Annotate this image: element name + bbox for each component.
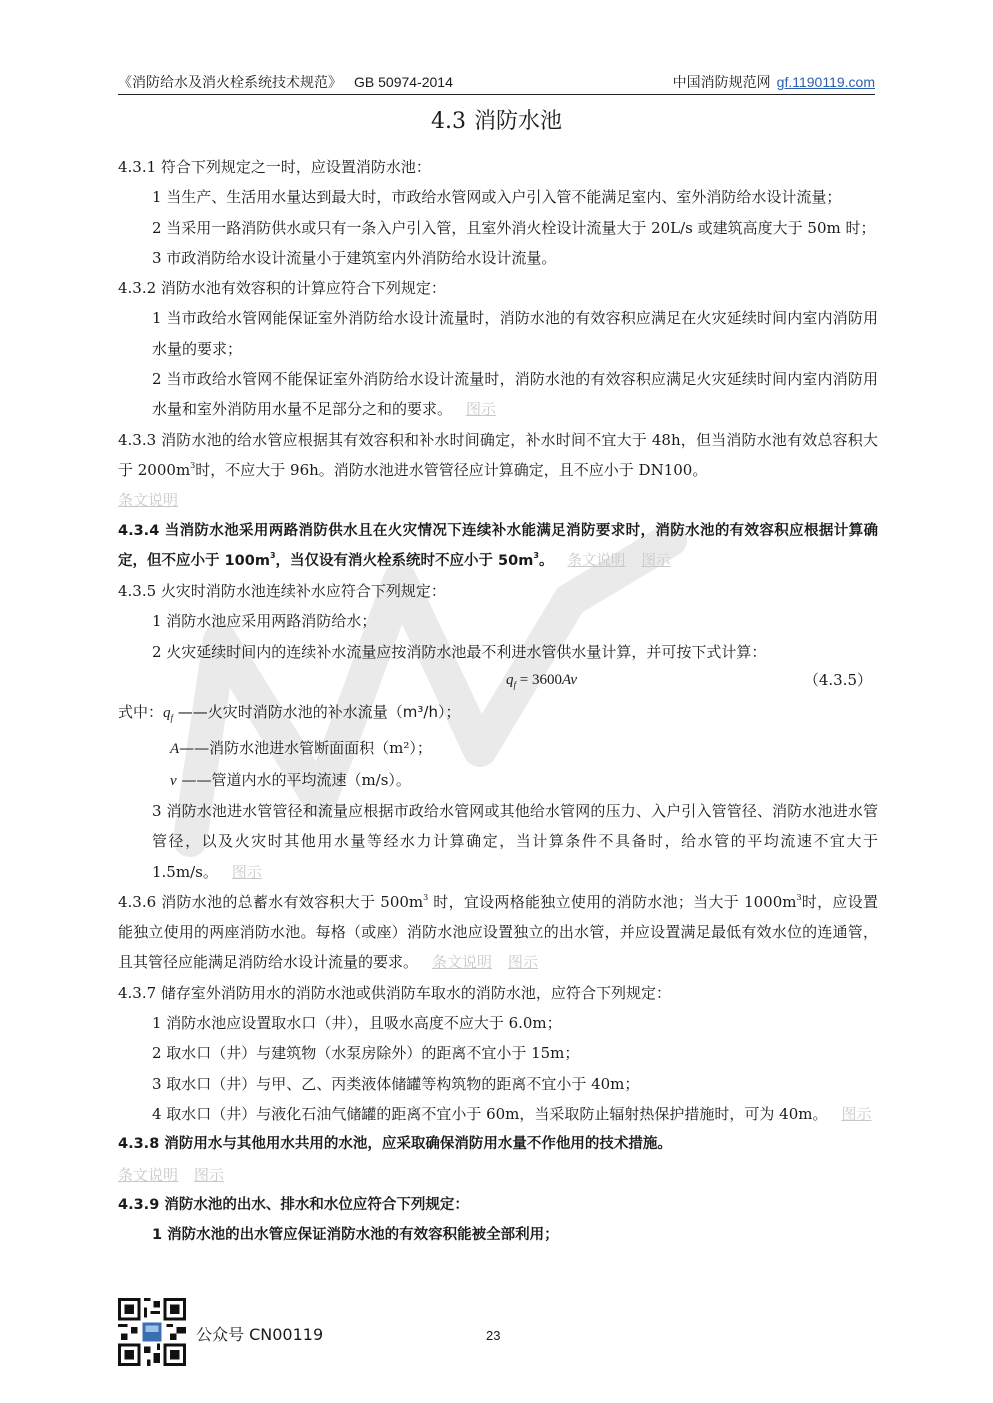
figure-link[interactable]: 图示 [841,1105,871,1123]
page-footer: 公众号 CN00119 23 [118,1298,878,1368]
clause-4-3-7-item-4-text: 4 取水口（井）与液化石油气储罐的距离不宜小于 60m，当采取防止辐射热保护措施… [152,1105,827,1123]
where-label: 式中： [118,703,163,721]
clause-4-3-2-item-1: 1 当市政给水管网能保证室外消防给水设计流量时，消防水池的有效容积应满足在火灾延… [118,303,878,364]
clause-4-3-1-item-1: 1 当生产、生活用水量达到最大时，市政给水管网或入户引入管不能满足室内、室外消防… [118,182,878,212]
header-doc-info: 《消防给水及消火栓系统技术规范》GB 50974-2014 [118,72,453,92]
figure-link[interactable]: 图示 [232,863,262,881]
document-body: 4.3.1 符合下列规定之一时，应设置消防水池： 1 当生产、生活用水量达到最大… [118,152,878,1250]
clause-4-3-1-item-3: 3 市政消防给水设计流量小于建筑室内外消防给水设计流量。 [118,243,878,273]
explanation-link[interactable]: 条文说明 [567,553,625,569]
definition-a: A——消防水池进水管断面面积（m²）； [118,733,878,764]
figure-link[interactable]: 图示 [194,1166,224,1184]
account-label: 公众号 CN00119 [196,1322,323,1345]
doc-title: 《消防给水及消火栓系统技术规范》 [118,75,342,91]
formula-vars: Av [562,672,577,688]
clause-4-3-5-item-1: 1 消防水池应采用两路消防给水； [118,606,878,636]
clause-4-3-4-text-b: ，当仅设有消火栓系统时不应小于 50m [276,553,534,569]
clause-4-3-7-item-4: 4 取水口（井）与液化石油气储罐的距离不宜小于 60m，当采取防止辐射热保护措施… [118,1099,878,1129]
clause-4-3-6: 4.3.6 消防水池的总蓄水有效容积大于 500m3 时，宜设两格能独立使用的消… [118,887,878,978]
definition-text: ——火灾时消防水池的补水流量（m³/h）； [173,703,460,721]
formula-rhs: = 3600 [516,672,562,688]
clause-4-3-9-item-1: 1 消防水池的出水管应保证消防水池的有效容积能被全部利用； [118,1220,878,1250]
formula-expression: qf = 3600Av [506,665,577,700]
clause-4-3-2-item-2-text: 2 当市政给水管网不能保证室外消防给水设计流量时，消防水池的有效容积应满足火灾延… [152,370,878,418]
section-number: 4.3 [431,109,466,134]
page-number: 23 [486,1328,500,1343]
definition-q-f: 式中：qf ——火灾时消防水池的补水流量（m³/h）； [118,697,878,733]
symbol: q [163,705,171,721]
clause-4-3-2-lead: 4.3.2 消防水池有效容积的计算应符合下列规定： [118,273,878,303]
section-title: 4.3消防水池 [0,104,993,135]
page-header: 《消防给水及消火栓系统技术规范》GB 50974-2014 中国消防规范网gf.… [118,72,875,95]
clause-4-3-4-text-c: 。 [539,553,554,569]
section-title-text: 消防水池 [474,109,562,134]
clause-4-3-7-item-2: 2 取水口（井）与建筑物（水泵房除外）的距离不宜小于 15m； [118,1038,878,1068]
clause-4-3-8-links: 条文说明图示 [118,1160,878,1190]
clause-4-3-9-lead: 4.3.9 消防水池的出水、排水和水位应符合下列规定： [118,1190,878,1220]
clause-4-3-5-lead: 4.3.5 火灾时消防水池连续补水应符合下列规定： [118,576,878,606]
clause-4-3-6-text-b: 时，宜设两格能独立使用的消防水池；当大于 1000m [428,893,796,911]
clause-4-3-3-text-b: 时，不应大于 96h。消防水池进水管管径应计算确定，且不应小于 DN100。 [195,461,707,479]
qr-code-icon[interactable] [118,1298,186,1366]
clause-4-3-7-lead: 4.3.7 储存室外消防用水的消防水池或供消防车取水的消防水池，应符合下列规定： [118,978,878,1008]
formula-number: （4.3.5） [804,665,872,695]
formula-lhs: q [506,672,514,688]
clause-4-3-7-item-1: 1 消防水池应设置取水口（井），且吸水高度不应大于 6.0m； [118,1008,878,1038]
clause-4-3-4: 4.3.4 当消防水池采用两路消防供水且在火灾情况下连续补水能满足消防要求时，消… [118,516,878,577]
formula-definitions: 式中：qf ——火灾时消防水池的补水流量（m³/h）； A——消防水池进水管断面… [118,697,878,796]
clause-4-3-5-item-2: 2 火灾延续时间内的连续补水流量应按消防水池最不利进水管供水量计算，并可按下式计… [118,637,878,667]
clause-4-3-3-links: 条文说明 [118,485,878,515]
explanation-link[interactable]: 条文说明 [118,1166,178,1184]
figure-link[interactable]: 图示 [466,400,496,418]
clause-4-3-1-lead: 4.3.1 符合下列规定之一时，应设置消防水池： [118,152,878,182]
site-url-link[interactable]: gf.1190119.com [777,74,875,90]
figure-link[interactable]: 图示 [508,953,538,971]
clause-4-3-7-item-3: 3 取水口（井）与甲、乙、丙类液体储罐等构筑物的距离不宜小于 40m； [118,1069,878,1099]
definition-text: ——消防水池进水管断面面积（m²）； [179,739,432,757]
explanation-link[interactable]: 条文说明 [432,953,492,971]
clause-4-3-2-item-2: 2 当市政给水管网不能保证室外消防给水设计流量时，消防水池的有效容积应满足火灾延… [118,364,878,425]
clause-4-3-6-text-a: 4.3.6 消防水池的总蓄水有效容积大于 500m [118,893,423,911]
clause-4-3-1-item-2: 2 当采用一路消防供水或只有一条入户引入管，且室外消火栓设计流量大于 20L/s… [118,213,878,243]
symbol: A [170,741,179,757]
figure-link[interactable]: 图示 [641,553,670,569]
explanation-link[interactable]: 条文说明 [118,491,178,509]
clause-4-3-5-item-3: 3 消防水池进水管管径和流量应根据市政给水管网或其他给水管网的压力、入户引入管管… [118,796,878,887]
definition-v: v ——管道内水的平均流速（m/s）。 [118,765,878,796]
definition-text: ——管道内水的平均流速（m/s）。 [177,771,411,789]
doc-code: GB 50974-2014 [354,74,453,90]
header-site-info: 中国消防规范网gf.1190119.com [673,72,875,92]
clause-4-3-3: 4.3.3 消防水池的给水管应根据其有效容积和补水时间确定，补水时间不宜大于 4… [118,425,878,486]
formula-4-3-5: qf = 3600Av （4.3.5） [118,667,878,697]
clause-4-3-8: 4.3.8 消防用水与其他用水共用的水池，应采取确保消防用水量不作他用的技术措施… [118,1129,878,1159]
symbol: v [170,773,177,789]
site-name: 中国消防规范网 [673,75,771,91]
